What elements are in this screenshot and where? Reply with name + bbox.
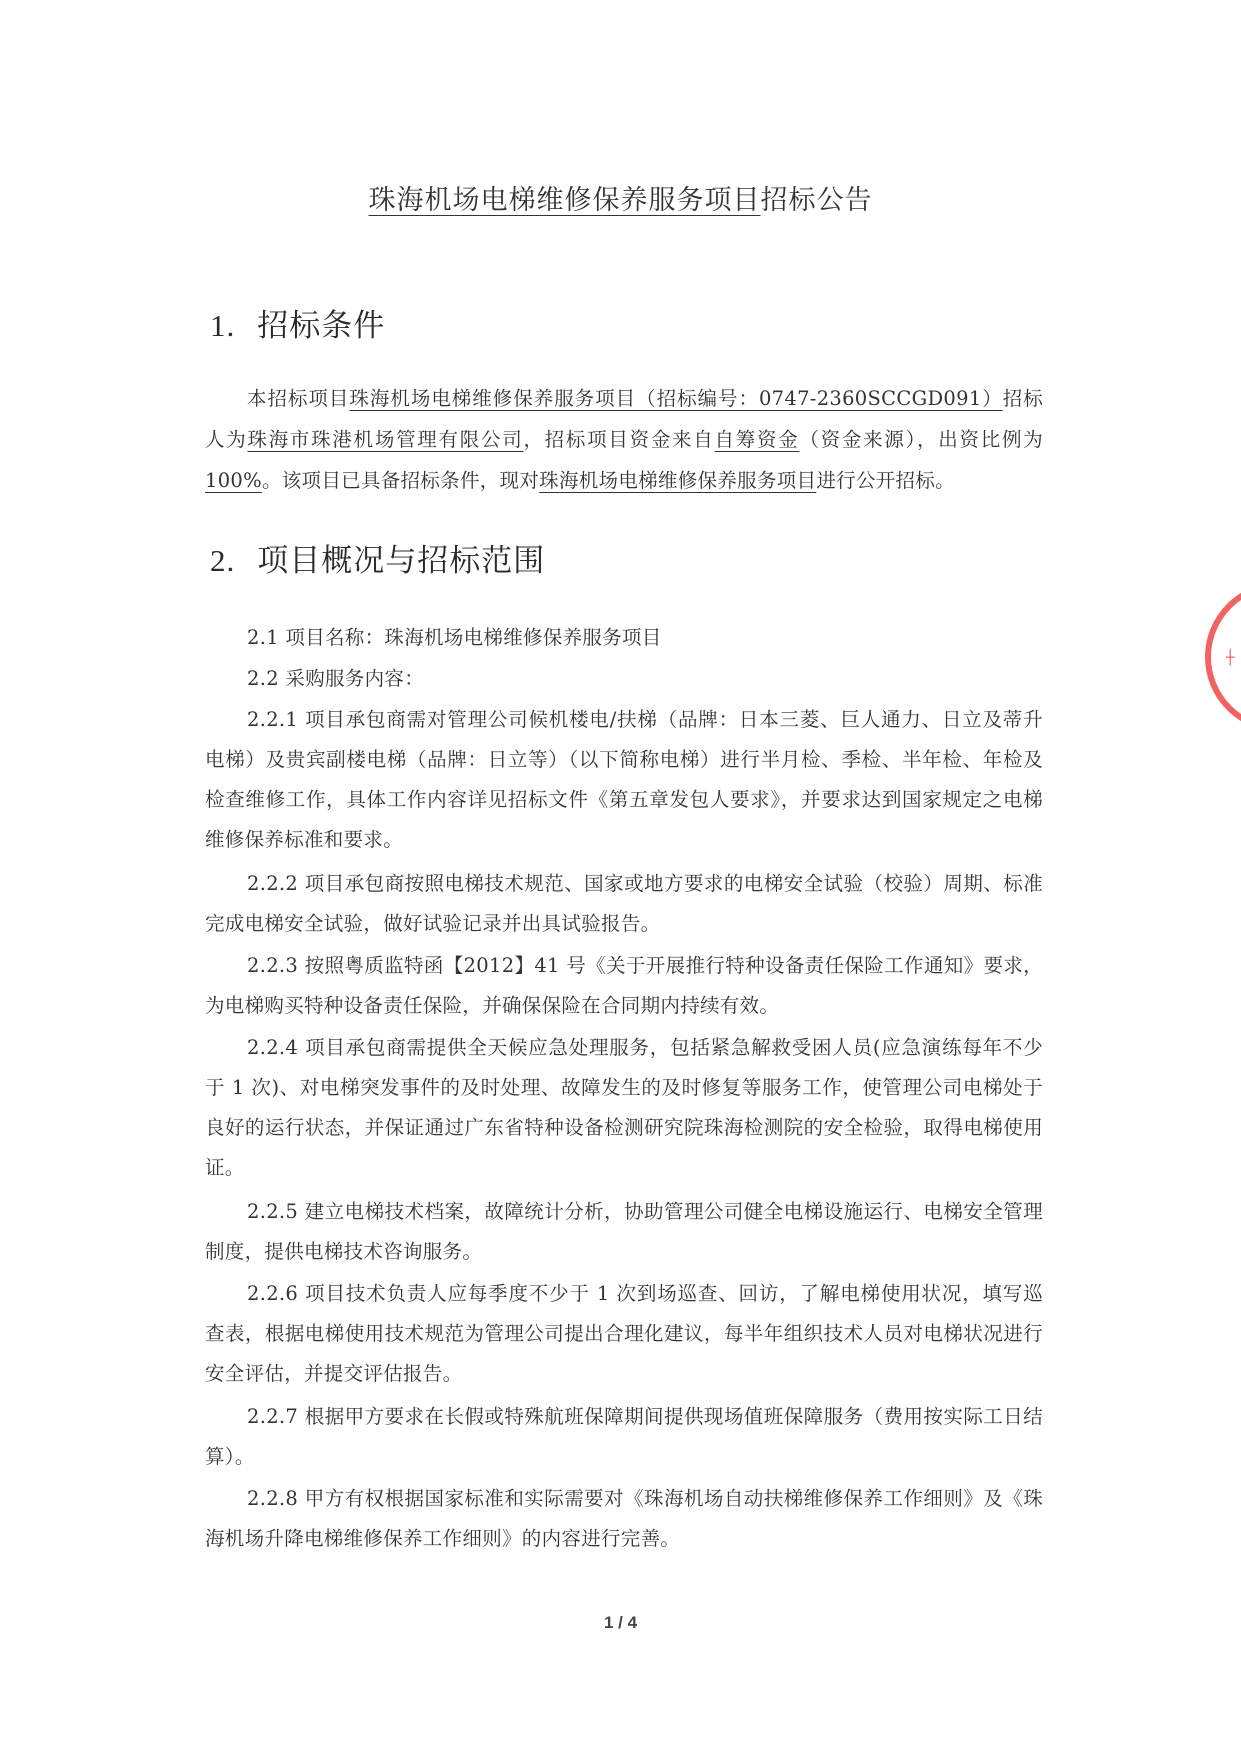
fund-source-filled: 自筹资金 [715, 428, 800, 451]
item-2-1: 2.1 项目名称：珠海机场电梯维修保养服务项目 [205, 618, 1043, 658]
section-1-heading: 1.招标条件 [210, 300, 385, 345]
seal-character-fragment: ┼ [1226, 650, 1234, 666]
page-number: 1 / 4 [0, 1613, 1241, 1633]
document-title: 珠海机场电梯维修保养服务项目招标公告 [0, 178, 1241, 217]
item-2-2: 2.2 采购服务内容： [205, 659, 1043, 699]
item-2-2-4: 2.2.4 项目承包商需提供全天候应急处理服务，包括紧急解救受困人员(应急演练每… [205, 1028, 1043, 1188]
tenderer-filled: 珠海市珠港机场管理有限公司 [247, 428, 523, 451]
section-2-heading: 2.项目概况与招标范围 [210, 535, 545, 580]
text: ，招标项目资金来自 [523, 428, 714, 451]
item-2-2-7: 2.2.7 根据甲方要求在长假或特殊航班保障期间提供现场值班保障服务（费用按实际… [205, 1397, 1043, 1477]
item-2-2-3: 2.2.3 按照粤质监特函【2012】41 号《关于开展推行特种设备责任保险工作… [205, 946, 1043, 1026]
item-2-2-5: 2.2.5 建立电梯技术档案，故障统计分析，协助管理公司健全电梯设施运行、电梯安… [205, 1192, 1043, 1272]
document-page: 珠海机场电梯维修保养服务项目招标公告 1.招标条件 本招标项目珠海机场电梯维修保… [0, 0, 1241, 1755]
text: 本招标项目 [247, 387, 349, 410]
section-number: 2. [210, 543, 235, 578]
item-2-2-1: 2.2.1 项目承包商需对管理公司候机楼电/扶梯（品牌：日本三菱、巨人通力、日立… [205, 700, 1043, 860]
text: （资金来源），出资比例为 [799, 428, 1043, 451]
section-title: 招标条件 [257, 308, 385, 344]
section-title: 项目概况与招标范围 [257, 543, 545, 579]
official-seal-stamp [1205, 582, 1241, 732]
title-suffix: 招标公告 [761, 185, 873, 216]
item-2-2-8: 2.2.8 甲方有权根据国家标准和实际需要对《珠海机场自动扶梯维修保养工作细则》… [205, 1479, 1043, 1559]
funding-ratio-filled: 100% [205, 469, 262, 492]
title-underlined-part: 珠海机场电梯维修保养服务项目 [369, 185, 761, 216]
text: 。该项目已具备招标条件，现对 [262, 469, 539, 492]
item-2-2-2: 2.2.2 项目承包商按照电梯技术规范、国家或地方要求的电梯安全试验（校验）周期… [205, 864, 1043, 944]
tender-conditions-paragraph: 本招标项目珠海机场电梯维修保养服务项目（招标编号：0747-2360SCCGD0… [205, 378, 1043, 501]
text: 进行公开招标。 [816, 469, 955, 492]
project-name-filled: 珠海机场电梯维修保养服务项目（招标编号：0747-2360SCCGD091） [349, 387, 1002, 410]
section-number: 1. [210, 308, 235, 343]
project-name-filled: 珠海机场电梯维修保养服务项目 [539, 469, 816, 492]
item-2-2-6: 2.2.6 项目技术负责人应每季度不少于 1 次到场巡查、回访，了解电梯使用状况… [205, 1274, 1043, 1394]
